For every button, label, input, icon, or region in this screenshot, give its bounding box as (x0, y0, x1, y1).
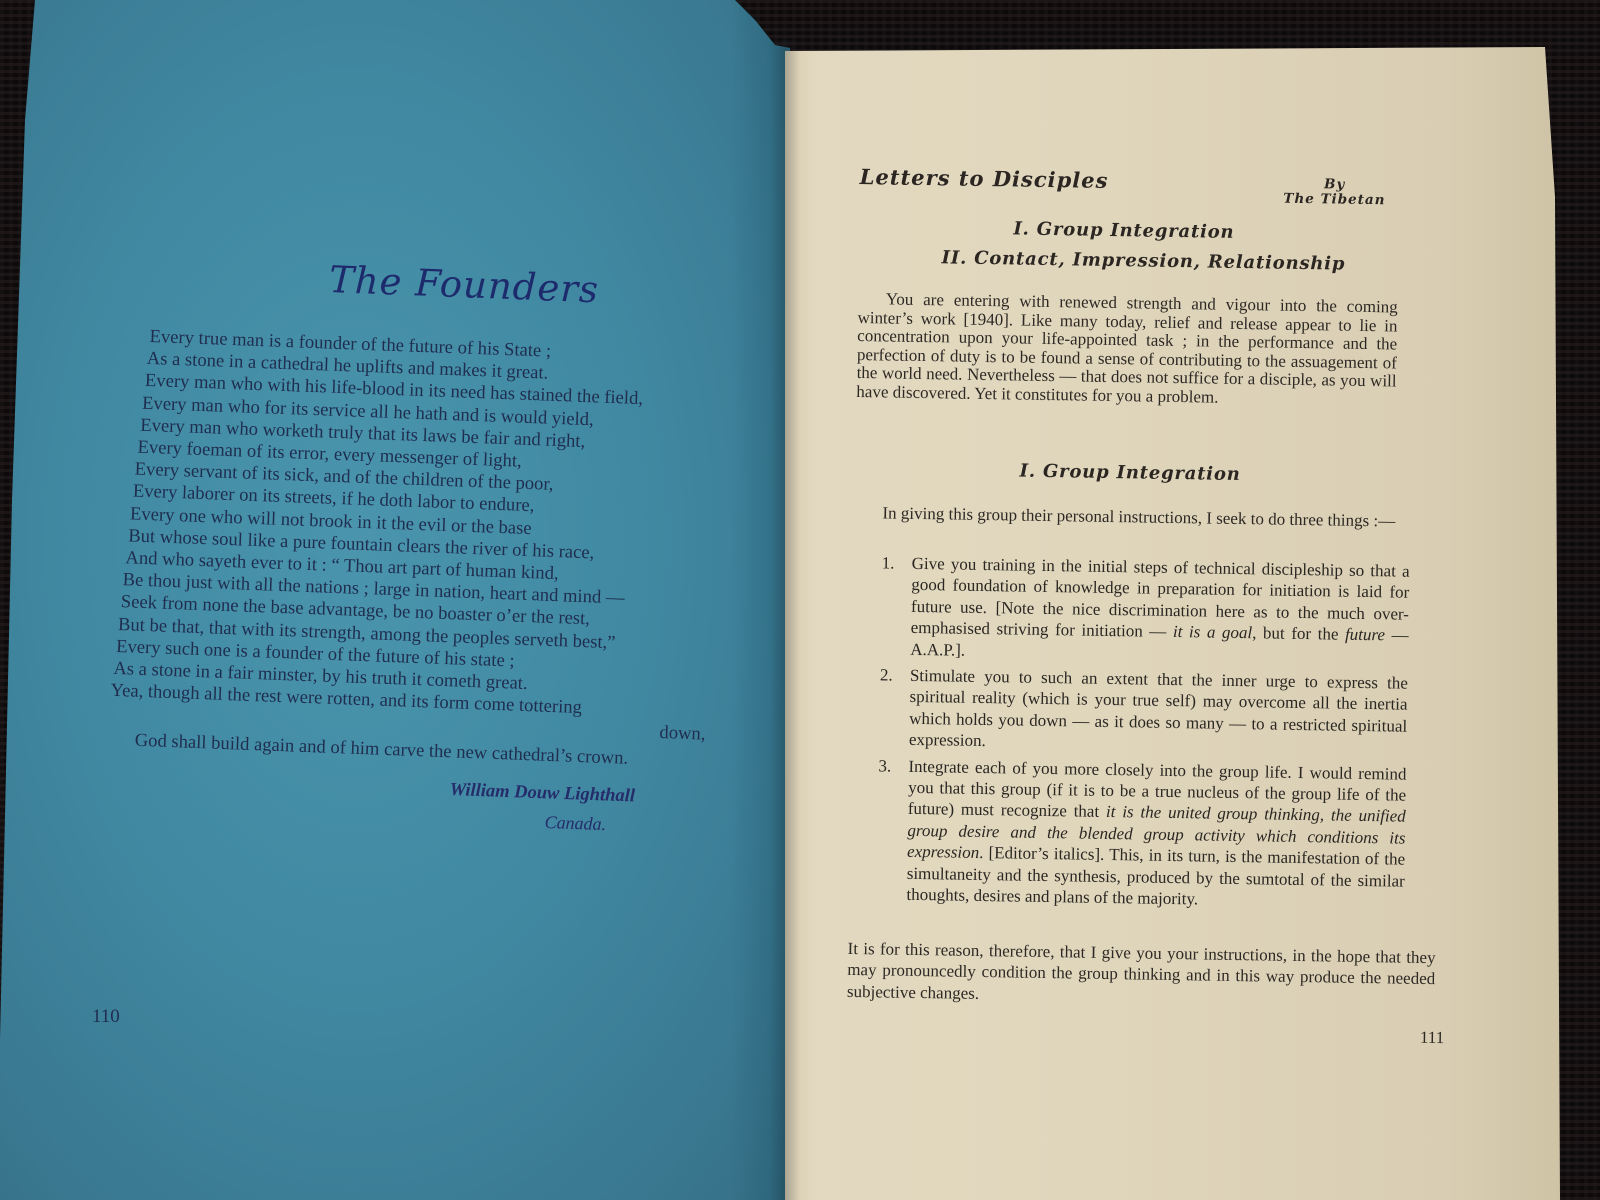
poem-lines: Every true man is a founder of the futur… (136, 326, 719, 724)
list-item: 3. Integrate each of you more closely in… (876, 755, 1406, 913)
poem-author-place: Canada. (544, 812, 606, 835)
intro-paragraph: You are entering with renewed strength a… (856, 290, 1398, 410)
list-item: 2. Stimulate you to such an extent that … (879, 664, 1408, 758)
list-item-number: 1. (880, 552, 912, 659)
byline: By The Tibetan (1279, 177, 1389, 209)
list-item-number: 3. (876, 755, 908, 905)
intro-paragraph-text: You are entering with renewed strength a… (856, 290, 1398, 410)
text-run: , but for the (1252, 623, 1345, 643)
list-item: 1. Give you training in the initial step… (880, 552, 1410, 667)
page-number-left: 110 (92, 1006, 120, 1028)
italic-run: it is a goal (1173, 622, 1253, 642)
closing-paragraph: It is for this reason, therefore, that I… (847, 938, 1436, 1011)
text-run: . [Editor’s italics]. This, in its turn,… (906, 843, 1405, 908)
byline-author: The Tibetan (1279, 192, 1389, 209)
list-item-text: Stimulate you to such an extent that the… (909, 665, 1408, 758)
article-title: Letters to Disciples (860, 164, 1109, 193)
list-item-text: Integrate each of you more closely into … (906, 755, 1406, 913)
page-number-right: 111 (1420, 1028, 1445, 1048)
poem-body: Every true man is a founder of the futur… (134, 326, 719, 772)
numbered-list: 1. Give you training in the initial step… (876, 552, 1410, 918)
italic-run: future (1345, 625, 1385, 645)
list-item-number: 2. (879, 664, 910, 750)
list-item-text: Give you training in the initial steps o… (910, 553, 1410, 668)
